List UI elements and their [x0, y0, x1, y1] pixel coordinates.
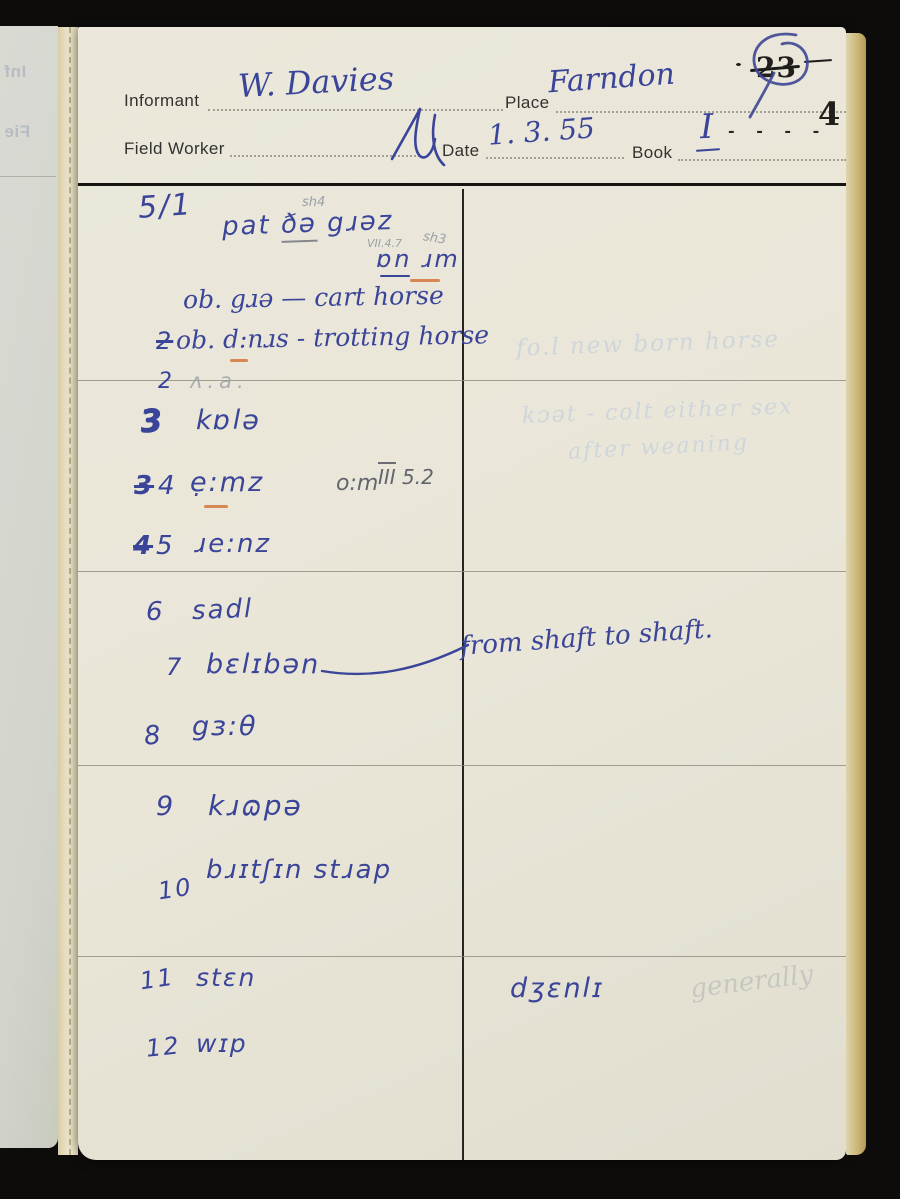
entry-1-part3: gɹəz — [316, 206, 394, 239]
entry-11-transcription: stɛn — [196, 963, 256, 992]
book-dotted-line — [678, 159, 846, 161]
entry-7-number: 7 — [166, 653, 183, 681]
entry-8-transcription: gɜ:θ — [192, 711, 257, 742]
entry-8-number: 8 — [142, 720, 164, 752]
page-number: 4 — [818, 95, 840, 133]
informant-dotted-line — [208, 109, 503, 111]
entry-7-transcription: bɛlɪbən — [206, 649, 320, 680]
scanned-notebook-photo: { "document": { "page_number": "4", "cro… — [0, 0, 900, 1199]
book-value: I — [699, 107, 714, 147]
page-stack-edge — [846, 33, 866, 1155]
book-value-underline — [696, 148, 720, 152]
place-value: Farndon — [547, 57, 676, 101]
entry-10-transcription: bɹɪtʃɪn stɹap — [206, 855, 392, 885]
entry-2-number: 2 — [158, 369, 174, 394]
pencil-note-om: o:m — [336, 471, 378, 496]
date-dotted-line — [486, 157, 624, 159]
entry-obsolete-cart-horse: ob. gɹə — cart horse — [183, 281, 444, 315]
header-rule — [78, 183, 846, 186]
entry-6-number: 6 — [146, 597, 165, 627]
entry-2-pencil-value: ʌ.a. — [190, 369, 249, 393]
binding-gutter — [58, 27, 78, 1155]
facing-page-showthrough-fieldworker: Fie — [4, 122, 30, 142]
pencil-ref-iii-5-2: III 5.2 — [378, 465, 434, 489]
entry-4-transcription: ẹ:mz — [190, 467, 264, 498]
date-label: Date — [442, 141, 480, 161]
date-value: 1. 3. 55 — [487, 111, 596, 151]
field-worker-label: Field Worker — [124, 139, 225, 159]
facing-page-edge: Inf Fie — [0, 26, 58, 1148]
entry-obsolete-trotting-horse: ob. d:nɹs - trotting horse — [176, 320, 490, 354]
entry-3-transcription: kɒlə — [196, 405, 261, 436]
entry-12-number: 12 — [145, 1031, 182, 1062]
informant-value: W. Davies — [237, 59, 395, 105]
pencil-ref-5-2: 5.2 — [396, 465, 434, 489]
entry-3-number: 3 — [138, 402, 165, 440]
orange-mark-2 — [230, 359, 248, 362]
entry-4-number: 4 — [158, 471, 177, 501]
annotation-connector-line — [320, 633, 470, 679]
stitching-dots — [69, 27, 71, 1155]
entry-4-crossed-number: 3 — [134, 471, 154, 501]
ghost-text-colt: kɔət - colt either sex — [522, 394, 794, 428]
entry-6-transcription: sadl — [191, 594, 253, 626]
entry-9-number: 9 — [156, 791, 175, 822]
page-number-dot — [736, 63, 741, 66]
book-label: Book — [632, 143, 672, 163]
entry-5-transcription: ɹe:nz — [194, 529, 271, 559]
notebook-page: Informant W. Davies Place Farndon Field … — [78, 27, 846, 1160]
entry-1-part1: pat — [222, 210, 282, 242]
field-worker-signature — [386, 103, 450, 169]
place-label: Place — [505, 93, 550, 113]
ghost-text-after-weaning: after weaning — [567, 430, 749, 464]
facing-page-showthrough-informant: Inf — [4, 62, 26, 82]
row-line-4 — [78, 956, 846, 957]
row-line-2 — [78, 571, 846, 572]
orange-mark-3 — [204, 505, 228, 508]
entry-12-transcription: wɪp — [196, 1029, 248, 1058]
right-column-pencil-note: generally — [689, 960, 815, 1005]
entry-5-number: 5 — [156, 531, 175, 561]
entry-10-number: 10 — [156, 873, 194, 906]
entry-1-underlined-word: ðə — [280, 209, 317, 243]
ink-underline — [380, 275, 410, 277]
pencil-ref-iii: III — [378, 462, 396, 489]
entry-1-transcription-line2: ɒn ɹm — [377, 245, 460, 273]
entry-11-number: 11 — [138, 963, 176, 996]
row-line-3 — [78, 765, 846, 766]
entry-7-gloss: from shaft to shaft. — [459, 614, 713, 662]
informant-label: Informant — [124, 91, 199, 111]
entry-crossed-number-2: 2 — [156, 327, 173, 355]
entry-5-crossed-number: 4 — [133, 531, 153, 561]
book-dashes: - - - - — [728, 121, 827, 140]
right-column-ink-note: dʒɛnlɪ — [510, 973, 604, 1004]
ink-scribble-over-number — [742, 27, 818, 123]
entry-number-5-1: 5/1 — [137, 187, 194, 226]
facing-page-rule — [0, 176, 56, 177]
ghost-text-new-born-horse: fo.l new born horse — [516, 326, 781, 361]
entry-9-transcription: kɹɷpə — [208, 789, 303, 822]
